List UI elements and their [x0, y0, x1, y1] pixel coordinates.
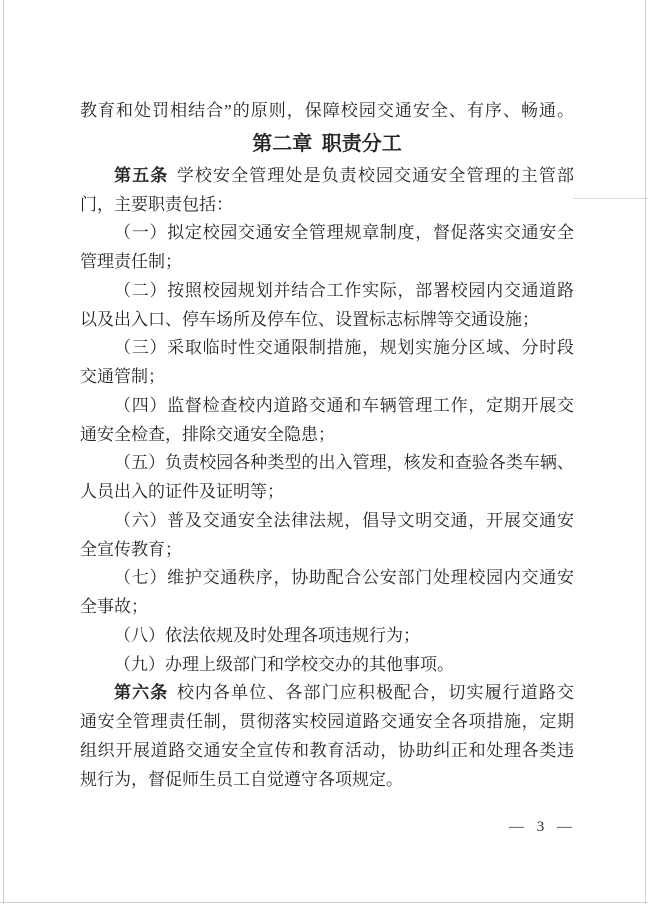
text-line: （九）办理上级部门和学校交办的其他事项。 — [80, 651, 574, 680]
text-line: 规行为，督促师生员工自觉遵守各项规定。 — [80, 766, 574, 795]
text-line: 通安全管理责任制，贯彻落实校园道路交通安全各项措施，定期 — [80, 708, 574, 737]
article-number: 第六条 — [114, 683, 168, 702]
chapter-heading: 第二章 职责分工 — [80, 126, 574, 162]
page-edge-bottom — [0, 902, 648, 903]
text-line: （五）负责校园各种类型的出入管理，核发和查验各类车辆、 — [80, 449, 574, 478]
scan-artifact-line — [573, 198, 648, 199]
page-edge-right — [645, 0, 646, 904]
line-text: 校内各单位、各部门应积极配合，切实履行道路交 — [177, 683, 574, 702]
text-line: 管理责任制； — [80, 248, 574, 277]
page-edge-left — [3, 0, 4, 904]
text-line: （一）拟定校园交通安全管理规章制度，督促落实交通安全 — [80, 219, 574, 248]
article-number: 第五条 — [114, 166, 168, 185]
text-line: 教育和处罚相结合”的原则，保障校园交通安全、有序、畅通。 — [80, 97, 574, 126]
text-line: 交通管制； — [80, 363, 574, 392]
line-text: 学校安全管理处是负责校园交通安全管理的主管部 — [177, 166, 574, 185]
text-line: 门，主要职责包括： — [80, 191, 574, 220]
text-line: （八）依法依规及时处理各项违规行为； — [80, 622, 574, 651]
text-line: 全宣传教育； — [80, 536, 574, 565]
text-line: （七）维护交通秩序，协助配合公安部门处理校园内交通安 — [80, 564, 574, 593]
text-line: 以及出入口、停车场所及停车位、设置标志标牌等交通设施； — [80, 306, 574, 335]
document-page: 教育和处罚相结合”的原则，保障校园交通安全、有序、畅通。第二章 职责分工第五条学… — [0, 0, 648, 904]
page-number: — 3 — — [509, 818, 574, 836]
text-line: 第五条学校安全管理处是负责校园交通安全管理的主管部 — [80, 162, 574, 191]
text-line: 全事故； — [80, 593, 574, 622]
text-line: （四）监督检查校内道路交通和车辆管理工作，定期开展交 — [80, 392, 574, 421]
text-line: 第六条校内各单位、各部门应积极配合，切实履行道路交 — [80, 679, 574, 708]
text-line: 通安全检查，排除交通安全隐患； — [80, 421, 574, 450]
text-line: （二）按照校园规划并结合工作实际，部署校园内交通道路 — [80, 277, 574, 306]
text-line: 人员出入的证件及证明等； — [80, 478, 574, 507]
text-line: 组织开展道路交通安全宣传和教育活动，协助纠正和处理各类违 — [80, 737, 574, 766]
text-line: （六）普及交通安全法律法规，倡导文明交通，开展交通安 — [80, 507, 574, 536]
document-content: 教育和处罚相结合”的原则，保障校园交通安全、有序、畅通。第二章 职责分工第五条学… — [80, 0, 574, 794]
text-line: （三）采取临时性交通限制措施，规划实施分区域、分时段 — [80, 334, 574, 363]
